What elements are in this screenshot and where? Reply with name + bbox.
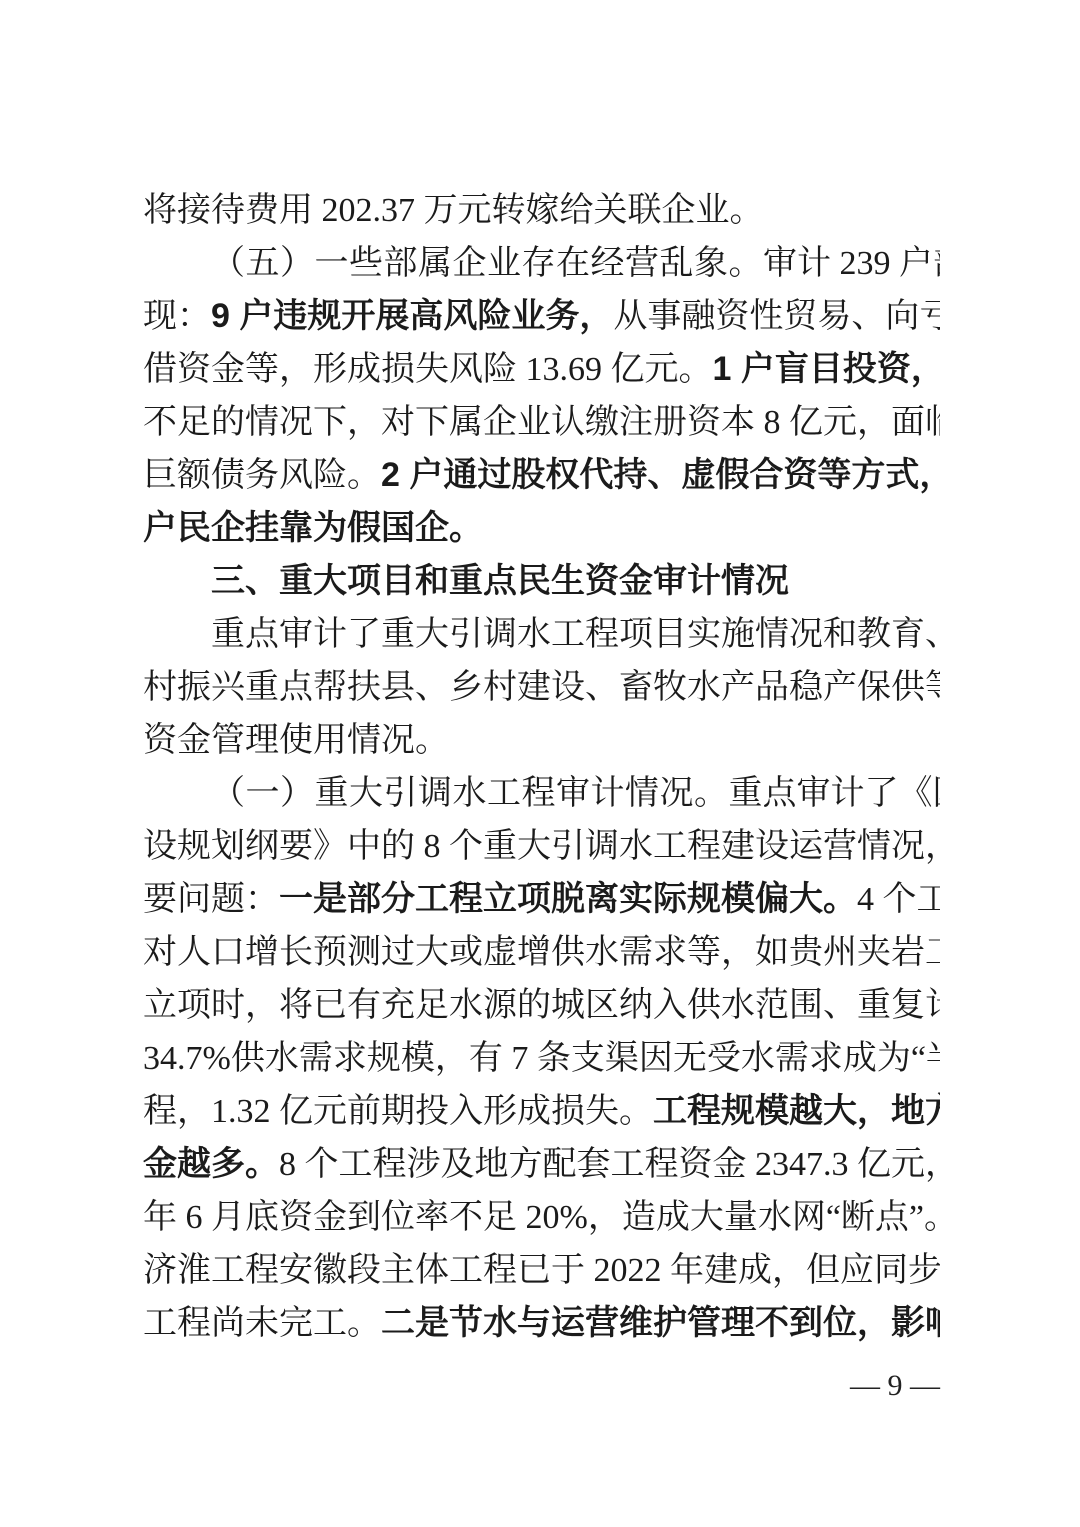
text-line: 户民企挂靠为假国企。 <box>143 502 940 555</box>
text-line: （一）重大引调水工程审计情况。重点审计了《国家水网建 <box>143 767 940 820</box>
subsection-label: （一）重大引调水工程审计情况。 <box>211 773 729 813</box>
text-segment: 8 个工程涉及地方配套工程资金 2347.3 亿元，但至 2023 <box>279 1146 940 1183</box>
text-line: 重点审计了重大引调水工程项目实施情况和教育、就业、乡 <box>143 608 940 661</box>
document-page: 将接待费用 202.37 万元转嫁给关联企业。 （五）一些部属企业存在经营乱象。… <box>0 0 1080 1527</box>
emphasis-segment: 二是节水与运营维护管理不到位，影响工程良性 <box>381 1304 940 1342</box>
text-segment: 从事融资性贸易、向亏损企业出 <box>613 298 940 335</box>
text-line: 对人口增长预测过大或虚增供水需求等，如贵州夹岩工程 2014 年 <box>143 926 940 979</box>
document-body: 将接待费用 202.37 万元转嫁给关联企业。 （五）一些部属企业存在经营乱象。… <box>143 184 940 1350</box>
text-segment: 济淮工程安徽段主体工程已于 2022 年建成，但应同步建成的配套 <box>143 1252 940 1289</box>
subsection-label: （五）一些部属企业存在经营乱象。 <box>211 243 763 283</box>
emphasis-segment: 户民企挂靠为假国企。 <box>143 509 483 547</box>
text-segment: 4 个工程立项时 <box>857 881 940 918</box>
text-segment: 现： <box>143 298 211 335</box>
text-segment: 34.7%供水需求规模，有 7 条支渠因无受水需求成为“半拉子”工 <box>143 1040 940 1077</box>
text-line: 工程尚未完工。二是节水与运营维护管理不到位，影响工程良性 <box>143 1297 940 1350</box>
text-segment: 程，1.32 亿元前期投入形成损失。 <box>143 1093 653 1130</box>
text-line: 立项时，将已有充足水源的城区纳入供水范围、重复计算，虚增 <box>143 979 940 1032</box>
text-line: 济淮工程安徽段主体工程已于 2022 年建成，但应同步建成的配套 <box>143 1244 940 1297</box>
text-line: 资金管理使用情况。 <box>143 714 940 767</box>
section-heading-text: 三、重大项目和重点民生资金审计情况 <box>211 562 789 600</box>
text-segment: 将接待费用 202.37 万元转嫁给关联企业。 <box>143 192 764 229</box>
section-heading: 三、重大项目和重点民生资金审计情况 <box>143 555 940 608</box>
text-segment: 村振兴重点帮扶县、乡村建设、畜牧水产品稳产保供等 5 项民生 <box>143 669 940 706</box>
text-segment: 年 6 月底资金到位率不足 20%，造成大量水网“断点”。如引江 <box>143 1199 940 1236</box>
text-segment: 审计 239 户部属企业发 <box>763 245 940 282</box>
text-segment: 立项时，将已有充足水源的城区纳入供水范围、重复计算，虚增 <box>143 987 940 1024</box>
text-segment: 重点审计了重大引调水工程项目实施情况和教育、就业、乡 <box>211 616 940 653</box>
text-segment: 要问题： <box>143 881 279 918</box>
page-number: — 9 — <box>850 1368 940 1404</box>
text-segment: 不足的情况下，对下属企业认缴注册资本 8 亿元，面临连带偿还 <box>143 404 940 441</box>
emphasis-segment: 一是部分工程立项脱离实际规模偏大。 <box>279 880 857 918</box>
emphasis-segment: 工程规模越大，地方需配套资 <box>653 1092 940 1130</box>
text-line: （五）一些部属企业存在经营乱象。审计 239 户部属企业发 <box>143 237 940 290</box>
text-line: 借资金等，形成损失风险 13.69 亿元。1 户盲目投资，在自有资金 <box>143 343 940 396</box>
text-line: 巨额债务风险。2 户通过股权代持、虚假合资等方式，帮助 870 <box>143 449 940 502</box>
text-segment: 借资金等，形成损失风险 13.69 亿元。 <box>143 351 713 388</box>
text-line: 村振兴重点帮扶县、乡村建设、畜牧水产品稳产保供等 5 项民生 <box>143 661 940 714</box>
text-line: 金越多。8 个工程涉及地方配套工程资金 2347.3 亿元，但至 2023 <box>143 1138 940 1191</box>
text-segment: 资金管理使用情况。 <box>143 722 449 759</box>
text-segment: 对人口增长预测过大或虚增供水需求等，如贵州夹岩工程 2014 年 <box>143 934 940 971</box>
text-segment: 工程尚未完工。 <box>143 1305 381 1342</box>
text-line: 年 6 月底资金到位率不足 20%，造成大量水网“断点”。如引江 <box>143 1191 940 1244</box>
text-segment: 巨额债务风险。 <box>143 457 381 494</box>
text-line: 要问题：一是部分工程立项脱离实际规模偏大。4 个工程立项时 <box>143 873 940 926</box>
text-line: 将接待费用 202.37 万元转嫁给关联企业。 <box>143 184 940 237</box>
text-line: 程，1.32 亿元前期投入形成损失。工程规模越大，地方需配套资 <box>143 1085 940 1138</box>
text-segment: 重点审计了《国家水网建 <box>729 775 941 812</box>
text-line: 现：9 户违规开展高风险业务，从事融资性贸易、向亏损企业出 <box>143 290 940 343</box>
text-line: 34.7%供水需求规模，有 7 条支渠因无受水需求成为“半拉子”工 <box>143 1032 940 1085</box>
text-line: 设规划纲要》中的 8 个重大引调水工程建设运营情况，发现的主 <box>143 820 940 873</box>
emphasis-segment: 1 户盲目投资， <box>713 350 941 388</box>
emphasis-segment: 9 户违规开展高风险业务， <box>211 297 613 335</box>
emphasis-segment: 金越多。 <box>143 1145 279 1183</box>
emphasis-segment: 2 户通过股权代持、虚假合资等方式，帮助 870 <box>381 456 940 494</box>
text-line: 不足的情况下，对下属企业认缴注册资本 8 亿元，面临连带偿还 <box>143 396 940 449</box>
text-segment: 设规划纲要》中的 8 个重大引调水工程建设运营情况，发现的主 <box>143 828 940 865</box>
